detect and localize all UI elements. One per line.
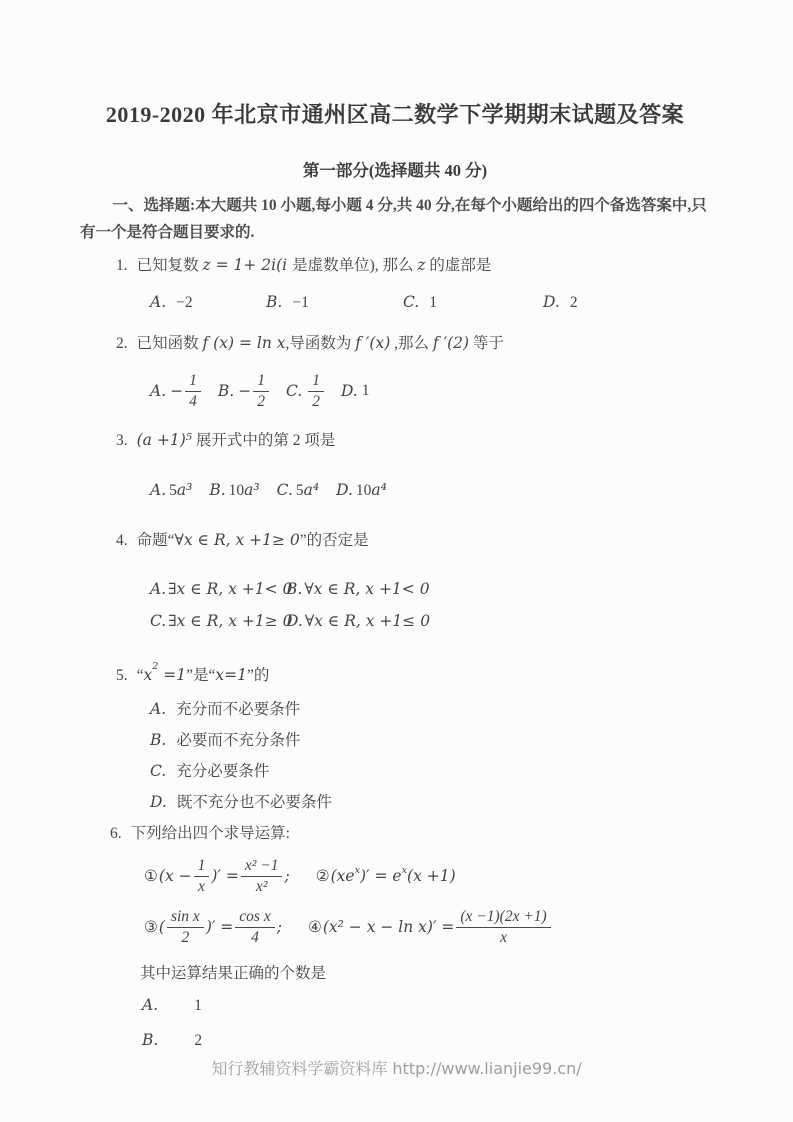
math-expression: z = 1+ 2i(i bbox=[203, 256, 293, 274]
question-4-stem: 4.命题“∀x ∈ R, x +1≥ 0”的否定是 bbox=[80, 529, 710, 552]
footer: 知行教辅资料学霸资料库 http://www.lianjie99.cn/ bbox=[0, 1056, 793, 1079]
math-expression: x=1 bbox=[215, 666, 247, 684]
semicolon: ; bbox=[284, 867, 289, 885]
coefficient: 10 bbox=[356, 482, 372, 499]
question-6-option-b: B.2 bbox=[80, 1030, 710, 1051]
math-expression: )′ = e bbox=[360, 867, 402, 885]
coefficient: 10 bbox=[229, 482, 245, 499]
fraction-denominator: 4 bbox=[189, 392, 197, 411]
option-a: A.充分而不必要条件 bbox=[150, 699, 710, 720]
fraction: 14 bbox=[185, 372, 201, 411]
circled-number-3: ③ bbox=[144, 918, 158, 936]
exam-document-page: 2019-2020 年北京市通州区高二数学下学期期末试题及答案 第一部分(选择题… bbox=[0, 0, 793, 1122]
option-value: 1 bbox=[429, 294, 437, 311]
intro-paragraph: 一、选择题:本大题共 10 小题,每小题 4 分,共 40 分,在每个小题给出的… bbox=[80, 192, 710, 246]
stem-text: 是虚数单位), 那么 bbox=[292, 257, 417, 274]
option-value: −1 bbox=[292, 294, 309, 311]
option-label: B. bbox=[150, 731, 166, 749]
fraction-denominator: 2 bbox=[182, 928, 190, 947]
minus-sign: − bbox=[170, 382, 183, 400]
superscript: x bbox=[402, 865, 407, 876]
question-number: 5. bbox=[116, 667, 128, 684]
option-c: C.∃x ∈ R, x +1≥ 0 bbox=[150, 608, 286, 635]
power-term: a³ bbox=[177, 481, 192, 499]
fraction-numerator: cos x bbox=[235, 908, 274, 928]
coefficient: 5 bbox=[169, 482, 177, 499]
fraction-denominator: x bbox=[198, 877, 205, 896]
section-heading: 第一部分(选择题共 40 分) bbox=[80, 160, 710, 182]
option-c: C.5a⁴ bbox=[277, 478, 319, 503]
option-text: 充分必要条件 bbox=[176, 763, 269, 780]
stem-text: ”的 bbox=[247, 667, 269, 684]
circled-number-2: ② bbox=[316, 867, 330, 885]
math-expression: f ′(x) bbox=[355, 334, 390, 352]
math-expression: (x +1) bbox=[407, 867, 456, 885]
question-6-option-a: A.1 bbox=[80, 995, 710, 1016]
option-text: 必要而不充分条件 bbox=[176, 732, 300, 749]
option-label: C. bbox=[150, 762, 166, 780]
fraction-numerator: 1 bbox=[194, 857, 210, 877]
option-value: 1 bbox=[194, 997, 202, 1014]
option-label: D. bbox=[286, 612, 303, 630]
fraction-denominator: x² bbox=[256, 877, 268, 896]
stem-text: 已知函数 bbox=[137, 335, 203, 352]
option-label: A. bbox=[150, 293, 166, 311]
stem-text: ,那么 bbox=[390, 335, 433, 352]
fraction: cos x4 bbox=[235, 908, 274, 947]
option-b: B.−1 bbox=[266, 291, 403, 314]
option-label: A. bbox=[150, 580, 166, 598]
math-expression: (x − bbox=[159, 867, 192, 885]
option-a: A.5a³ bbox=[150, 478, 192, 503]
option-value: 2 bbox=[194, 1032, 202, 1049]
stem-text: 已知复数 bbox=[137, 257, 203, 274]
fraction: sin x2 bbox=[167, 908, 204, 947]
option-label: B. bbox=[266, 293, 282, 311]
stem-text: 命题“ bbox=[137, 532, 175, 549]
option-c: C.12 bbox=[286, 372, 326, 411]
option-label: A. bbox=[150, 481, 166, 499]
option-b: B.10a³ bbox=[209, 478, 259, 503]
fraction-denominator: 2 bbox=[257, 392, 265, 411]
option-label: C. bbox=[286, 382, 302, 400]
option-value: 2 bbox=[570, 294, 578, 311]
option-label: C. bbox=[150, 612, 166, 630]
option-label: B. bbox=[218, 382, 234, 400]
option-value: −2 bbox=[176, 294, 193, 311]
option-text: 既不充分也不必要条件 bbox=[177, 794, 332, 811]
superscript: 2 bbox=[152, 661, 158, 672]
option-c: C.1 bbox=[403, 291, 543, 314]
stem-text: ”的否定是 bbox=[300, 532, 369, 549]
math-expression: z bbox=[417, 256, 425, 274]
footer-text: 知行教辅资料学霸资料库 http://www.lianjie99.cn/ bbox=[211, 1059, 581, 1078]
stem-text: ”是“ bbox=[186, 667, 215, 684]
fraction-denominator: x bbox=[500, 928, 507, 947]
question-5-stem: 5.“x2 =1”是“x=1”的 bbox=[80, 661, 710, 687]
math-expression: (a +1)⁵ bbox=[137, 431, 192, 449]
question-6-result-prompt: 其中运算结果正确的个数是 bbox=[80, 963, 710, 985]
question-6-stem: 6.下列给出四个求导运算: bbox=[80, 823, 710, 845]
stem-text: 等于 bbox=[469, 335, 504, 352]
option-d: D.既不充分也不必要条件 bbox=[150, 792, 710, 813]
option-d: D.1 bbox=[341, 382, 370, 400]
math-expression: f ′(2) bbox=[433, 334, 469, 352]
fraction-numerator: 1 bbox=[185, 372, 201, 392]
option-label: B. bbox=[209, 481, 225, 499]
option-a: A.∃x ∈ R, x +1< 0 bbox=[150, 576, 286, 603]
question-5-options: A.充分而不必要条件 B.必要而不充分条件 C.充分必要条件 D.既不充分也不必… bbox=[80, 699, 710, 813]
stem-text: 的虚部是 bbox=[426, 257, 492, 274]
option-label: A. bbox=[142, 996, 158, 1014]
option-text: 充分而不必要条件 bbox=[176, 701, 300, 718]
stem-text: ,导函数为 bbox=[285, 335, 355, 352]
option-c: C.充分必要条件 bbox=[150, 761, 710, 782]
option-a: A.−14 bbox=[150, 372, 203, 411]
question-1-options: A.−2 B.−1 C.1 D.2 bbox=[80, 291, 710, 314]
math-expression: (xe bbox=[331, 867, 355, 885]
math-expression: x bbox=[144, 666, 153, 684]
math-expression: ∀x ∈ R, x +1≥ 0 bbox=[175, 531, 300, 549]
fraction-numerator: 1 bbox=[253, 372, 269, 392]
question-1-stem: 1.已知复数 z = 1+ 2i(i 是虚数单位), 那么 z 的虚部是 bbox=[80, 254, 710, 277]
option-label: B. bbox=[286, 580, 302, 598]
fraction: 1x bbox=[194, 857, 210, 896]
option-label: C. bbox=[403, 293, 419, 311]
fraction: 12 bbox=[253, 372, 269, 411]
derivative-formula-line-2: ③(sin x2)′ =cos x4; ④(x² − x − ln x)′ =(… bbox=[80, 903, 710, 951]
fraction-numerator: x² −1 bbox=[241, 857, 283, 877]
option-d: D.2 bbox=[543, 291, 710, 314]
math-expression: )′ = bbox=[211, 867, 238, 885]
option-math: ∃x ∈ R, x +1≥ 0 bbox=[168, 612, 292, 630]
option-label: D. bbox=[543, 293, 560, 311]
option-label: A. bbox=[150, 382, 166, 400]
question-3-stem: 3.(a +1)⁵ 展开式中的第 2 项是 bbox=[80, 429, 710, 452]
question-3-options: A.5a³ B.10a³ C.5a⁴ D.10a⁴ bbox=[80, 478, 710, 503]
circled-number-1: ① bbox=[144, 867, 158, 885]
math-expression: (x² − x − ln x)′ = bbox=[323, 918, 455, 936]
option-d: D.∀x ∈ R, x +1≤ 0 bbox=[286, 608, 710, 635]
math-expression: f (x) = ln x bbox=[203, 334, 286, 352]
question-2-stem: 2.已知函数 f (x) = ln x,导函数为 f ′(x) ,那么 f ′(… bbox=[80, 332, 710, 355]
question-number: 6. bbox=[110, 825, 122, 842]
power-term: a⁴ bbox=[371, 481, 386, 499]
math-expression: ( bbox=[159, 918, 165, 936]
option-b: B.∀x ∈ R, x +1< 0 bbox=[286, 576, 710, 603]
option-b: B.必要而不充分条件 bbox=[150, 730, 710, 751]
coefficient: 5 bbox=[296, 482, 304, 499]
question-number: 4. bbox=[116, 532, 128, 549]
superscript: x bbox=[355, 865, 360, 876]
fraction-numerator: 1 bbox=[308, 372, 324, 392]
option-b: B.−12 bbox=[218, 372, 271, 411]
power-term: a³ bbox=[244, 481, 259, 499]
math-expression: =1 bbox=[158, 666, 186, 684]
option-label: B. bbox=[142, 1031, 158, 1049]
option-value: 1 bbox=[362, 382, 370, 400]
power-term: a⁴ bbox=[304, 481, 319, 499]
question-number: 1. bbox=[116, 257, 128, 274]
quote-mark: “ bbox=[137, 667, 144, 684]
math-expression: )′ = bbox=[206, 918, 233, 936]
page-title: 2019-2020 年北京市通州区高二数学下学期期末试题及答案 bbox=[80, 100, 710, 130]
question-number: 3. bbox=[116, 432, 128, 449]
option-label: D. bbox=[336, 481, 353, 499]
semicolon: ; bbox=[277, 918, 282, 936]
circled-number-4: ④ bbox=[308, 918, 322, 936]
question-number: 2. bbox=[116, 335, 128, 352]
derivative-formula-line-1: ①(x −1x)′ =x² −1x²; ②(xex)′ = ex(x +1) bbox=[80, 853, 710, 899]
question-4-options: A.∃x ∈ R, x +1< 0 B.∀x ∈ R, x +1< 0 C.∃x… bbox=[80, 576, 710, 635]
option-label: D. bbox=[341, 382, 358, 400]
option-label: C. bbox=[277, 481, 293, 499]
minus-sign: − bbox=[238, 382, 251, 400]
option-math: ∀x ∈ R, x +1< 0 bbox=[304, 580, 429, 598]
option-math: ∃x ∈ R, x +1< 0 bbox=[168, 580, 292, 598]
option-label: A. bbox=[150, 700, 166, 718]
option-label: D. bbox=[150, 793, 167, 811]
stem-text: 下列给出四个求导运算: bbox=[131, 825, 290, 842]
fraction-denominator: 2 bbox=[312, 392, 320, 411]
fraction-numerator: (x −1)(2x +1) bbox=[456, 908, 550, 928]
question-2-options: A.−14 B.−12 C.12 D.1 bbox=[80, 369, 710, 413]
stem-text: 展开式中的第 2 项是 bbox=[192, 432, 335, 449]
option-d: D.10a⁴ bbox=[336, 478, 387, 503]
fraction: x² −1x² bbox=[241, 857, 283, 896]
fraction: (x −1)(2x +1)x bbox=[456, 908, 550, 947]
fraction: 12 bbox=[308, 372, 324, 411]
fraction-numerator: sin x bbox=[167, 908, 204, 928]
option-a: A.−2 bbox=[150, 291, 266, 314]
fraction-denominator: 4 bbox=[251, 928, 259, 947]
option-math: ∀x ∈ R, x +1≤ 0 bbox=[305, 612, 430, 630]
